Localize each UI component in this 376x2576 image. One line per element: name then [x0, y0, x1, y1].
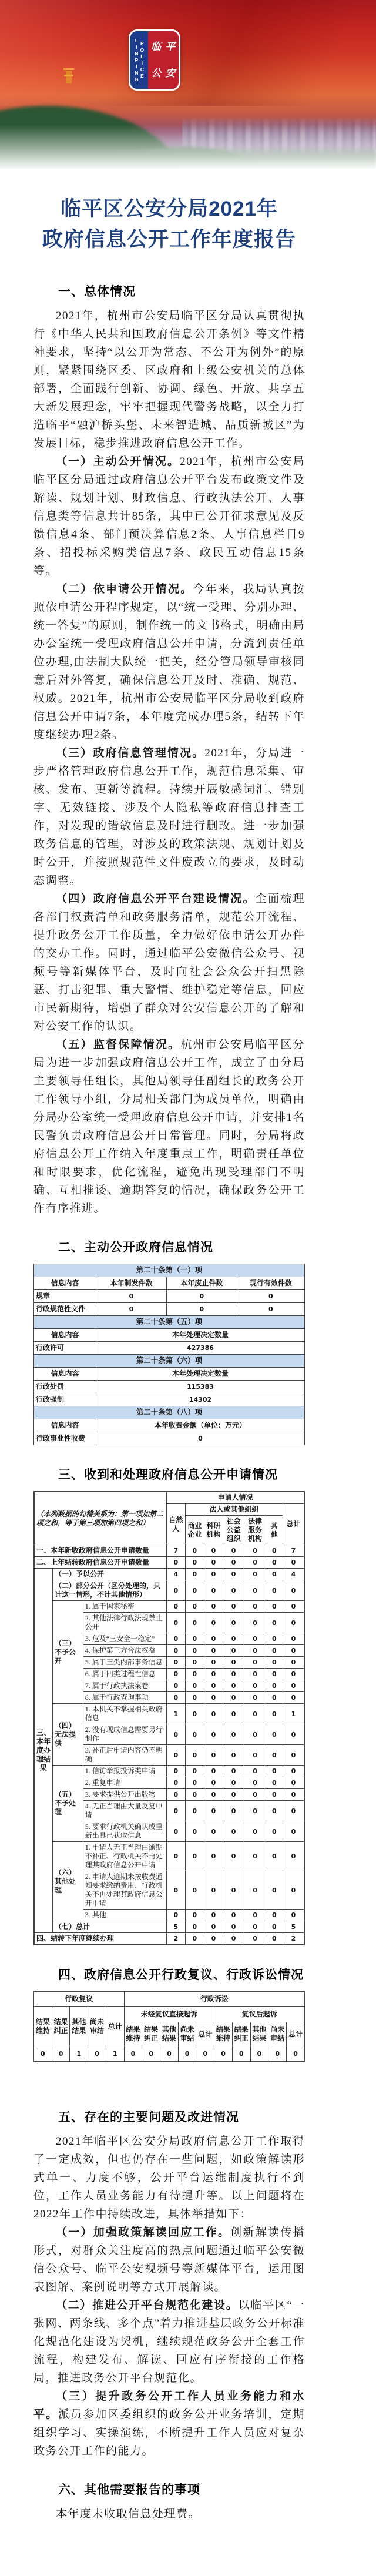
- table-cell: 0: [223, 1842, 244, 1871]
- table-cell: 0: [204, 1910, 223, 1921]
- table-cell: 0: [244, 1545, 266, 1557]
- white-fade: [0, 125, 376, 176]
- table-cell: 3. 补正后申请内容仍不明确: [83, 1745, 166, 1766]
- table-cell: 其他: [266, 1516, 283, 1545]
- table-row: （五）不予处理1. 信访举报投诉类申请0000000: [34, 1766, 304, 1777]
- table-cell: 行政规范性文件: [34, 1303, 96, 1316]
- table-row: 二、上年结转政府信息公开申请数量0000000: [34, 1557, 304, 1569]
- table-cell: （五）不予处理: [53, 1766, 83, 1842]
- table-cell: 行政处罚: [34, 1381, 96, 1393]
- pagoda-icon: [66, 71, 72, 83]
- table-cell: 第二十条第（八）项: [34, 1406, 305, 1419]
- table-cell: 0: [204, 1557, 223, 1569]
- table-cell: 行政复议: [34, 1992, 125, 2007]
- table-cell: 0: [223, 1692, 244, 1704]
- table-cell: 申请人情况: [166, 1492, 304, 1504]
- table-cell: 0: [166, 1871, 185, 1910]
- table-cell: 第二十条第（五）项: [34, 1316, 305, 1329]
- paragraph: 本年度未收取信息处理费。: [33, 2505, 305, 2523]
- table-cell: 0: [204, 1657, 223, 1669]
- table-cell: 商业企业: [185, 1516, 204, 1545]
- table-cell: 0: [244, 1777, 266, 1789]
- table-cell: 2. 没有现成信息需要另行制作: [83, 1724, 166, 1745]
- table-cell: 4: [166, 1569, 185, 1580]
- table-cell: 0: [204, 1766, 223, 1777]
- table-cell: 信息内容: [34, 1368, 96, 1381]
- table-cell: 0: [223, 1745, 244, 1766]
- table-cell: 本年处理决定数量: [96, 1329, 305, 1342]
- table-cell: 0: [185, 1669, 204, 1680]
- table-cell: 行政许可: [34, 1342, 96, 1355]
- paragraph: （一）主动公开情况。2021年，杭州市公安局临平区分局通过政府信息公开平台发布政…: [33, 453, 305, 580]
- table-row: 行政处罚115383: [34, 1381, 305, 1393]
- table-cell: 0: [223, 1545, 244, 1557]
- badge-char: 临: [151, 42, 161, 52]
- table-cell: （七）总计: [53, 1921, 167, 1933]
- table-cell: 1: [283, 1704, 304, 1724]
- red-silk-sky: [0, 0, 376, 106]
- table-cell: 信息内容: [34, 1419, 96, 1432]
- table-cell: 0: [160, 2046, 179, 2062]
- page: LINPING POLICE 临 平 公 安 临平区公安分局2021年 政府信息…: [0, 0, 376, 2576]
- table-cell: 0: [244, 1669, 266, 1680]
- table-cell: 社会公益组织: [223, 1516, 244, 1545]
- report-title-line1: 临平区公安分局2021年: [61, 197, 278, 220]
- table-cell: 0: [185, 1545, 204, 1557]
- table-cell: 0: [223, 1789, 244, 1801]
- table-cell: 总计: [106, 2007, 124, 2046]
- table-cell: 0: [244, 1801, 266, 1821]
- table-cell: 0: [223, 1613, 244, 1633]
- table-cell: 0: [266, 1801, 283, 1821]
- table-cell: 0: [223, 1933, 244, 1945]
- header-photo: LINPING POLICE 临 平 公 安: [0, 0, 376, 176]
- table-row: 行政规范性文件000: [34, 1303, 305, 1316]
- table-cell: （三）不予公开: [53, 1601, 83, 1704]
- table-cell: 0: [204, 1745, 223, 1766]
- table-cell: 0: [237, 1290, 304, 1303]
- table-cell: 总计: [287, 2022, 305, 2046]
- table-cell: 0: [166, 1777, 185, 1789]
- table-cell: 0: [266, 1601, 283, 1613]
- table-row: 行政事业性收费0: [34, 1432, 305, 1445]
- table-cell: 0: [185, 1613, 204, 1633]
- section-heading-overall: 一、总体情况: [33, 282, 305, 300]
- table-cell: 0: [204, 1613, 223, 1633]
- table-cell: 1. 申请人无正当理由逾期不补正、行政机关不再处理其政府信息公开申请: [83, 1842, 166, 1871]
- table-cell: 0: [166, 1633, 185, 1645]
- table-row: （六）其他处理1. 申请人无正当理由逾期不补正、行政机关不再处理其政府信息公开申…: [34, 1842, 304, 1871]
- table-cell: 0: [287, 2046, 305, 2062]
- table-row: （二）部分公开（区分处理的，只计这一情形，不计其他情形）0000000: [34, 1580, 304, 1601]
- table-cell: 0: [244, 1633, 266, 1645]
- table-cell: 0: [266, 1613, 283, 1633]
- section-problems-paragraphs: 2021年临平区公安分局政府信息公开工作取得了一定成效，但也仍存在一些问题，如政…: [33, 2132, 305, 2460]
- table-cell: 0: [204, 1821, 223, 1842]
- table-cell: 0: [166, 1821, 185, 1842]
- table-cell: 其他结果: [70, 2007, 88, 2046]
- table-cell: 0: [266, 1871, 283, 1910]
- table-cell: 第二十条第（一）项: [34, 1264, 305, 1277]
- table-row: 行政强制14302: [34, 1393, 305, 1406]
- table-cell: 0: [266, 1821, 283, 1842]
- table-cell: 0: [223, 1871, 244, 1910]
- table-row: 第二十条第（一）项: [34, 1264, 305, 1277]
- table-cell: 0: [266, 1724, 283, 1745]
- badge-english-panel: LINPING POLICE: [130, 31, 148, 89]
- table-cell: 0: [223, 1704, 244, 1724]
- table-cell: 2. 其他法律行政法规禁止公开: [83, 1613, 166, 1633]
- table-cell: 0: [214, 2046, 233, 2062]
- table-cell: 1. 信访举报投诉类申请: [83, 1766, 166, 1777]
- table-cell: 0: [244, 1601, 266, 1613]
- table-cell: 0: [124, 2046, 142, 2062]
- table-cell: 0: [283, 1842, 304, 1871]
- table-cell: 0: [185, 1601, 204, 1613]
- table-row: 信息内容本年制发件数本年废止件数现行有效件数: [34, 1277, 305, 1290]
- table-cell: （本列数据的勾稽关系为：第一项加第二项之和，等于第三项加第四项之和）: [34, 1492, 166, 1545]
- table-cell: 自然人: [166, 1504, 185, 1545]
- table-row: 001010000000000: [34, 2046, 305, 2062]
- bottom-whitespace: [33, 2523, 305, 2576]
- table-cell: 科研机构: [204, 1516, 223, 1545]
- table-cell: 2. 重复申请: [83, 1777, 166, 1789]
- table-row: 三、本年度办理结果（一）予以公开4000004: [34, 1569, 304, 1580]
- table-row: 信息内容本年收费金额（单位：万元）: [34, 1419, 305, 1432]
- badge-text-linping: LINPING: [134, 38, 139, 83]
- paragraph: （二）推进公开平台规范化建设。以临平区“一张网、两条线、多个点”着力推进基层政务…: [33, 2296, 305, 2387]
- table-cell: 0: [283, 1910, 304, 1921]
- table-cell: 4. 保护第三方合法权益: [83, 1645, 166, 1657]
- table-cell: 0: [266, 1557, 283, 1569]
- table-cell: 2: [166, 1933, 185, 1945]
- table-cell: （四）无法提供: [53, 1704, 83, 1766]
- table-cell: 0: [283, 1580, 304, 1601]
- table-cell: 0: [185, 1657, 204, 1669]
- table-cell: 0: [185, 1777, 204, 1789]
- table-cell: 结果纠正: [52, 2007, 70, 2046]
- table-cell: 0: [244, 1933, 266, 1945]
- table-cell: 0: [204, 1921, 223, 1933]
- table-cell: 0: [223, 1777, 244, 1789]
- badge-char: 安: [165, 68, 175, 78]
- linping-police-badge: LINPING POLICE 临 平 公 安: [129, 29, 180, 91]
- table-cell: 0: [244, 1921, 266, 1933]
- table-cell: 0: [185, 1745, 204, 1766]
- table-cell: 行政强制: [34, 1393, 96, 1406]
- table-cell: 0: [244, 1766, 266, 1777]
- table-cell: 0: [185, 1789, 204, 1801]
- section-overall-paragraphs: 2021年，杭州市公安局临平区分局认真贯彻执行《中华人民共和国政府信息公开条例》…: [33, 307, 305, 1218]
- table-cell: 0: [266, 1580, 283, 1601]
- table-cell: 0: [166, 1645, 185, 1657]
- table-cell: 0: [204, 1569, 223, 1580]
- paragraph: 2021年临平区公安分局政府信息公开工作取得了一定成效，但也仍存在一些问题，如政…: [33, 2132, 305, 2223]
- table-cell: 现行有效件数: [237, 1277, 304, 1290]
- table-cell: 本年制发件数: [96, 1277, 167, 1290]
- table-cell: 0: [166, 1303, 237, 1316]
- table-cell: 信息内容: [34, 1277, 96, 1290]
- table-cell: 1: [106, 2046, 124, 2062]
- table-cell: 0: [166, 1789, 185, 1801]
- table-cell: 0: [34, 2046, 52, 2062]
- table-cell: 115383: [96, 1381, 305, 1393]
- table-cell: 427386: [96, 1342, 305, 1355]
- table-cell: 0: [204, 1545, 223, 1557]
- table-cell: 0: [283, 1745, 304, 1766]
- applications-table: （本列数据的勾稽关系为：第一项加第二项之和，等于第三项加第四项之和）申请人情况自…: [33, 1491, 305, 1945]
- table-row: 行政复议行政诉讼: [34, 1992, 305, 2007]
- table-cell: 结果维持: [124, 2022, 142, 2046]
- table-cell: 0: [244, 1680, 266, 1692]
- table-cell: 0: [266, 1921, 283, 1933]
- table-cell: 0: [166, 1842, 185, 1871]
- table-row: 信息内容本年处理决定数量: [34, 1368, 305, 1381]
- table-cell: （六）其他处理: [53, 1842, 83, 1921]
- table-cell: （二）部分公开（区分处理的，只计这一情形，不计其他情形）: [53, 1580, 167, 1601]
- table-cell: 第二十条第（六）项: [34, 1355, 305, 1368]
- table-cell: 规章: [34, 1290, 96, 1303]
- table-cell: 0: [250, 2046, 268, 2062]
- table-cell: 三、本年度办理结果: [34, 1569, 53, 1933]
- table-cell: 0: [223, 1801, 244, 1821]
- table-cell: 4. 无正当理由大量反复申请: [83, 1801, 166, 1821]
- section-heading-review-litigation: 四、政府信息公开行政复议、行政诉讼情况: [33, 1965, 305, 1983]
- table-cell: 0: [96, 1290, 167, 1303]
- table-cell: 0: [283, 1669, 304, 1680]
- table-row: （本列数据的勾稽关系为：第一项加第二项之和，等于第三项加第四项之和）申请人情况: [34, 1492, 304, 1504]
- table-cell: 一、本年新收政府信息公开申请数量: [34, 1545, 166, 1557]
- table-cell: 0: [185, 1801, 204, 1821]
- table-cell: 0: [196, 2046, 214, 2062]
- table-cell: 0: [166, 1745, 185, 1766]
- table-cell: 0: [223, 1766, 244, 1777]
- table-cell: 0: [204, 1871, 223, 1910]
- table-cell: 1. 属于国家秘密: [83, 1601, 166, 1613]
- table-cell: 0: [244, 1645, 266, 1657]
- table-cell: 7. 属于行政执法案卷: [83, 1680, 166, 1692]
- table-cell: 0: [204, 1933, 223, 1945]
- table-cell: 0: [223, 1645, 244, 1657]
- table-cell: 2. 申请人逾期未按收费通知要求缴纳费用、行政机关不再处理其政府信息公开申请: [83, 1871, 166, 1910]
- table-cell: 0: [185, 1569, 204, 1580]
- badge-chinese-panel: 临 平 公 安: [148, 31, 179, 89]
- table-cell: 结果维持: [34, 2007, 52, 2046]
- table-cell: 0: [266, 1777, 283, 1789]
- table-cell: 5: [283, 1921, 304, 1933]
- table-cell: 1: [166, 1704, 185, 1724]
- table-cell: 0: [185, 1724, 204, 1745]
- table-cell: 0: [244, 1724, 266, 1745]
- table-cell: 0: [283, 1777, 304, 1789]
- table-cell: 0: [244, 1580, 266, 1601]
- table-cell: 0: [237, 1303, 304, 1316]
- table-cell: 3. 危及“三安全一稳定”: [83, 1633, 166, 1645]
- section-heading-other-matters: 六、其他需要报告的事项: [33, 2480, 305, 2498]
- table-cell: 0: [185, 1921, 204, 1933]
- paragraph: （五）监督保障情况。杭州市公安局临平区分局为进一步加强政府信息公开工作，成立了由…: [33, 1036, 305, 1218]
- table-cell: 14302: [96, 1393, 305, 1406]
- table-cell: 0: [185, 1645, 204, 1657]
- table-cell: 二、上年结转政府信息公开申请数量: [34, 1557, 166, 1569]
- table-cell: 0: [185, 1680, 204, 1692]
- table-cell: 0: [178, 2046, 196, 2062]
- table-cell: 0: [223, 1569, 244, 1580]
- table-cell: 0: [204, 1680, 223, 1692]
- table-cell: 0: [166, 1580, 185, 1601]
- table-cell: 0: [266, 1680, 283, 1692]
- table-cell: 0: [96, 1432, 305, 1445]
- table-cell: 法人或其他组织: [185, 1504, 283, 1516]
- table-cell: 0: [266, 1669, 283, 1680]
- table-cell: 0: [283, 1692, 304, 1704]
- report-title: 临平区公安分局2021年 政府信息公开工作年度报告: [33, 194, 305, 255]
- table-cell: 4: [283, 1569, 304, 1580]
- table-row: 结果维持结果纠正其他结果尚未审结总计未经复议直接起诉复议后起诉: [34, 2007, 305, 2022]
- table-row: 第二十条第（六）项: [34, 1355, 305, 1368]
- table-cell: 尚未审结: [178, 2022, 196, 2046]
- review-litigation-table: 行政复议行政诉讼结果维持结果纠正其他结果尚未审结总计未经复议直接起诉复议后起诉结…: [33, 1991, 305, 2062]
- section-other-paragraphs: 本年度未收取信息处理费。: [33, 2505, 305, 2523]
- table-cell: 0: [266, 1766, 283, 1777]
- table-cell: 0: [204, 1669, 223, 1680]
- table-cell: 结果纠正: [142, 2022, 160, 2046]
- table-cell: 结果纠正: [232, 2022, 250, 2046]
- table-cell: （一）予以公开: [53, 1569, 167, 1580]
- paragraph: （一）加强政策解读回应工作。创新解读传播形式，对群众关注度高的热点问题通过临平公…: [33, 2223, 305, 2296]
- table-cell: 0: [223, 1921, 244, 1933]
- table-cell: 0: [142, 2046, 160, 2062]
- table-cell: 0: [266, 1692, 283, 1704]
- badge-char: 平: [165, 42, 175, 52]
- table-cell: 0: [166, 1290, 237, 1303]
- table-cell: 0: [283, 1789, 304, 1801]
- table-row: （七）总计5000005: [34, 1921, 304, 1933]
- table-cell: 0: [232, 2046, 250, 2062]
- table-cell: 0: [204, 1704, 223, 1724]
- table-cell: 1. 本机关不掌握相关政府信息: [83, 1704, 166, 1724]
- table-cell: 5. 要求行政机关确认或重新出具已获取信息: [83, 1821, 166, 1842]
- paragraph: （三）提升政务公开工作人员业务能力和水平。派员参加区委组织的政务公开业务培训，定…: [33, 2387, 305, 2460]
- table-row: 一、本年新收政府信息公开申请数量7000007: [34, 1545, 304, 1557]
- proactive-disclosure-table: 第二十条第（一）项信息内容本年制发件数本年废止件数现行有效件数规章000行政规范…: [33, 1264, 305, 1445]
- table-cell: 0: [283, 1557, 304, 1569]
- table-cell: 0: [244, 1692, 266, 1704]
- table-cell: 未经复议直接起诉: [124, 2007, 214, 2022]
- table-cell: 0: [204, 1633, 223, 1645]
- table-cell: 0: [283, 1871, 304, 1910]
- table-cell: 0: [185, 1821, 204, 1842]
- table-cell: 0: [244, 1789, 266, 1801]
- table-cell: 0: [283, 1633, 304, 1645]
- table-cell: 0: [223, 1657, 244, 1669]
- table-cell: 0: [244, 1842, 266, 1871]
- table-cell: 0: [166, 1657, 185, 1669]
- table-cell: 0: [185, 1842, 204, 1871]
- table-cell: 0: [204, 1724, 223, 1745]
- paragraph: （四）政府信息公开平台建设情况。全面梳理各部门权责清单和政务服务清单，规范公开流…: [33, 890, 305, 1036]
- table-cell: 0: [283, 1645, 304, 1657]
- table-cell: 0: [266, 1704, 283, 1724]
- table-cell: 0: [244, 1569, 266, 1580]
- table-cell: 行政事业性收费: [34, 1432, 96, 1445]
- table-cell: 6. 属于四类过程性信息: [83, 1669, 166, 1680]
- table-cell: 0: [185, 1704, 204, 1724]
- table-cell: 1: [70, 2046, 88, 2062]
- table-cell: 0: [283, 1724, 304, 1745]
- table-cell: 0: [204, 1842, 223, 1871]
- table-cell: 0: [223, 1821, 244, 1842]
- table-cell: 0: [185, 1580, 204, 1601]
- table-cell: 四、结转下年度继续办理: [34, 1933, 166, 1945]
- table-row: （四）无法提供1. 本机关不掌握相关政府信息1000001: [34, 1704, 304, 1724]
- table-cell: 3. 要求提供公开出版物: [83, 1789, 166, 1801]
- table-cell: 0: [185, 1692, 204, 1704]
- table-cell: 0: [244, 1871, 266, 1910]
- table-cell: 0: [185, 1633, 204, 1645]
- table-cell: 总计: [283, 1504, 304, 1545]
- table-cell: 0: [223, 1633, 244, 1645]
- table-cell: 0: [223, 1910, 244, 1921]
- table-cell: 0: [185, 1871, 204, 1910]
- table-cell: 0: [204, 1789, 223, 1801]
- table-cell: 0: [283, 1821, 304, 1842]
- table-cell: 0: [166, 1766, 185, 1777]
- table-cell: 0: [223, 1669, 244, 1680]
- table-cell: 0: [283, 1680, 304, 1692]
- table-cell: 0: [266, 1789, 283, 1801]
- table-cell: 0: [283, 1601, 304, 1613]
- table-cell: 5. 属于三类内部事务信息: [83, 1657, 166, 1669]
- table-cell: 复议后起诉: [214, 2007, 305, 2022]
- table-cell: 0: [268, 2046, 287, 2062]
- table-cell: 本年废止件数: [166, 1277, 237, 1290]
- table-cell: 0: [244, 1745, 266, 1766]
- table-cell: 0: [204, 1692, 223, 1704]
- table-cell: 0: [166, 1692, 185, 1704]
- table-cell: 0: [266, 1633, 283, 1645]
- table-cell: 0: [204, 1601, 223, 1613]
- table-cell: 0: [96, 1303, 167, 1316]
- table-cell: 8. 属于行政查询事项: [83, 1692, 166, 1704]
- table-cell: 3. 其他: [83, 1910, 166, 1921]
- paragraph: （二）依申请公开情况。今年来，我局认真按照依申请公开程序规定，以“统一受理、分别…: [33, 580, 305, 744]
- table-cell: 0: [166, 1669, 185, 1680]
- table-cell: 0: [204, 1777, 223, 1789]
- table-cell: 0: [185, 1557, 204, 1569]
- table-cell: 0: [185, 1933, 204, 1945]
- table-cell: 0: [266, 1842, 283, 1871]
- table-cell: 0: [266, 1545, 283, 1557]
- table-cell: 0: [244, 1704, 266, 1724]
- table-cell: 0: [266, 1569, 283, 1580]
- table-cell: 0: [244, 1910, 266, 1921]
- table-cell: 0: [166, 1557, 185, 1569]
- table-cell: 行政诉讼: [124, 1992, 304, 2007]
- table-cell: 0: [244, 1657, 266, 1669]
- table-cell: 0: [166, 1613, 185, 1633]
- document-body: 一、总体情况 2021年，杭州市公安局临平区分局认真贯彻执行《中华人民共和国政府…: [33, 282, 305, 2576]
- table-row: 行政许可427386: [34, 1342, 305, 1355]
- table-cell: 0: [266, 1645, 283, 1657]
- table-cell: 0: [204, 1645, 223, 1657]
- table-cell: 0: [185, 1910, 204, 1921]
- table-cell: 2: [283, 1933, 304, 1945]
- report-title-line2: 政府信息公开工作年度报告: [42, 228, 296, 251]
- table-cell: 0: [266, 1745, 283, 1766]
- table-cell: 结果维持: [214, 2022, 233, 2046]
- table-cell: 本年处理决定数量: [96, 1368, 305, 1381]
